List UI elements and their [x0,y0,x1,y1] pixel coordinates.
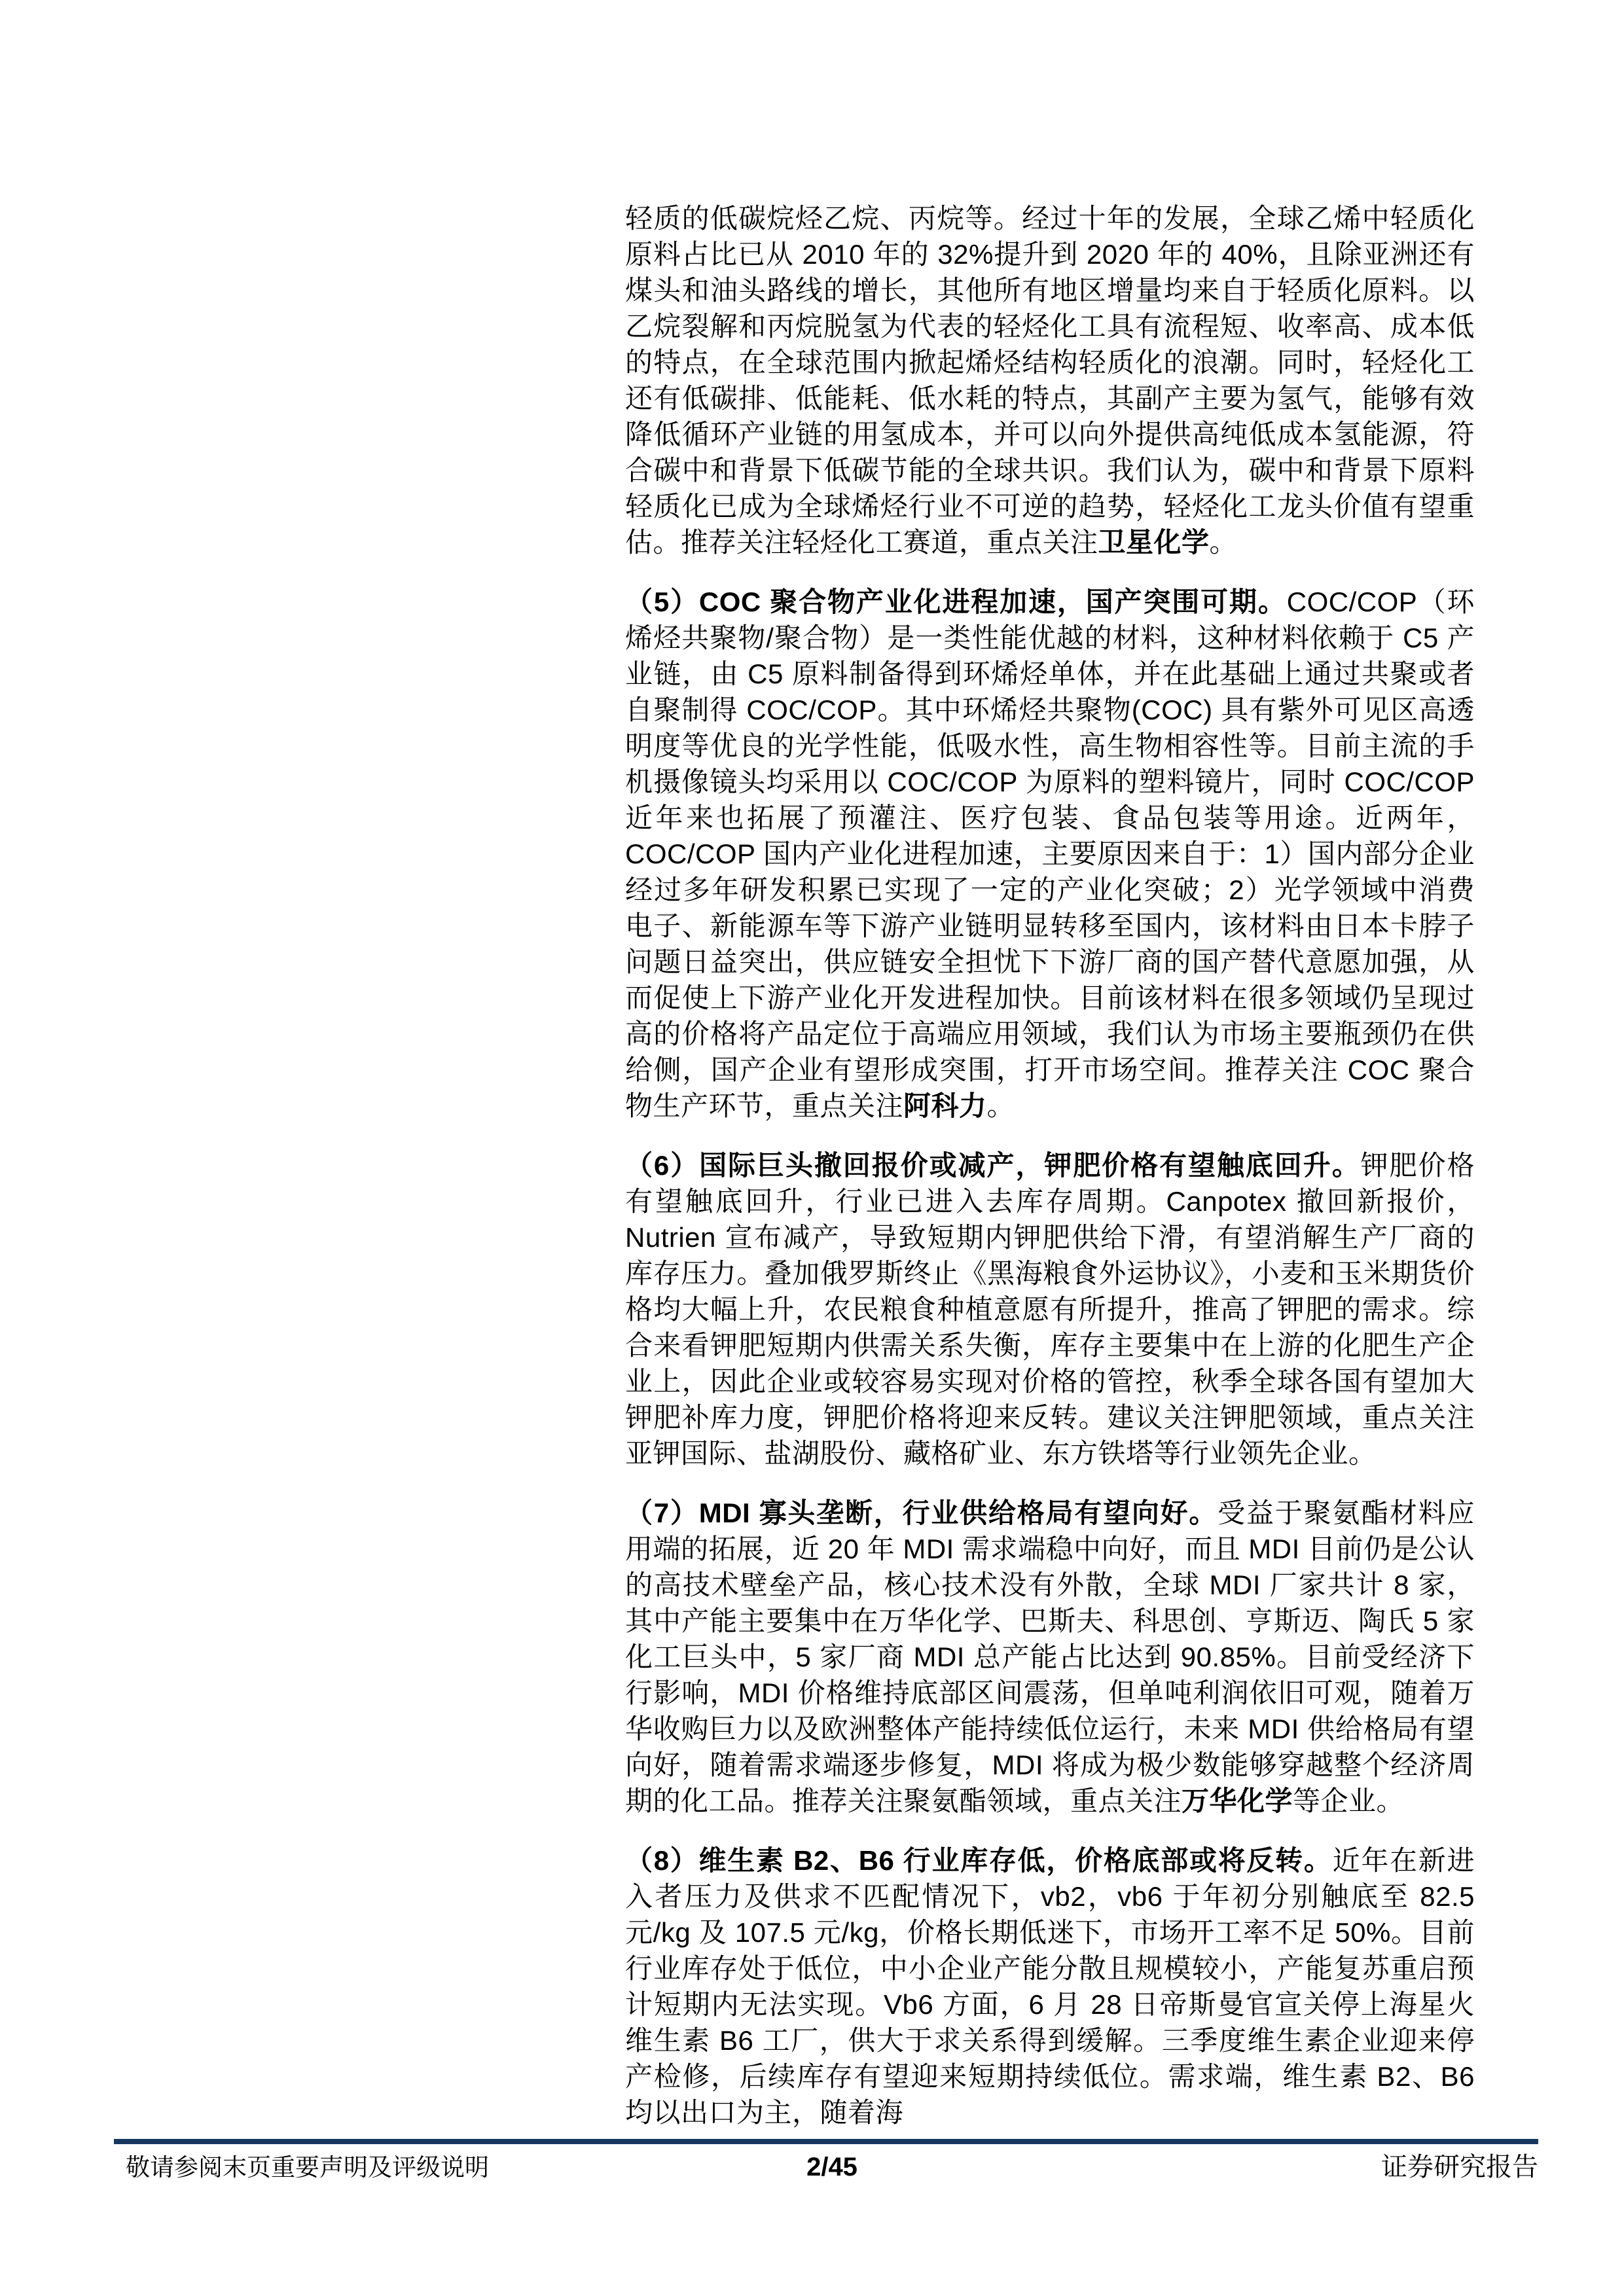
body-paragraph: （5）COC 聚合物产业化进程加速，国产突围可期。COC/COP（环烯烃共聚物/… [625,584,1475,1124]
body-paragraph: （6）国际巨头撤回报价或减产，钾肥价格有望触底回升。钾肥价格有望触底回升，行业已… [625,1147,1475,1471]
bold-run: （7）MDI 寡头垄断，行业供给格局有望向好。 [625,1498,1218,1528]
body-paragraph: （7）MDI 寡头垄断，行业供给格局有望向好。受益于聚氨酯材料应用端的拓展，近 … [625,1495,1475,1819]
footer-report-type-label: 证券研究报告 [857,2151,1538,2183]
footer-disclaimer-note: 敬请参阅末页重要声明及评级说明 [114,2152,806,2183]
text-run: 。 [1210,527,1238,558]
text-run: 近年在新进入者压力及供求不匹配情况下，vb2，vb6 于年初分别触底至 82.5… [625,1845,1475,2128]
bold-run: 阿科力 [903,1090,987,1121]
text-run: 轻质的低碳烷烃乙烷、丙烷等。经过十年的发展，全球乙烯中轻质化原料占比已从 201… [625,203,1475,558]
text-run: COC/COP（环烯烃共聚物/聚合物）是一类性能优越的材料，这种材料依赖于 C5… [625,586,1475,1121]
text-run: 钾肥价格有望触底回升，行业已进入去库存周期。Canpotex 撤回新报价，Nut… [625,1150,1475,1469]
text-run: 等企业。 [1293,1785,1404,1816]
bold-run: 万华化学 [1182,1785,1293,1816]
text-run: 受益于聚氨酯材料应用端的拓展，近 20 年 MDI 需求端稳中向好，而且 MDI… [625,1498,1475,1816]
page-footer: 敬请参阅末页重要声明及评级说明 2/45 证券研究报告 [114,2151,1538,2183]
bold-run: 卫星化学 [1098,527,1210,558]
body-paragraph: 轻质的低碳烷烃乙烷、丙烷等。经过十年的发展，全球乙烯中轻质化原料占比已从 201… [625,200,1475,560]
report-page: 轻质的低碳烷烃乙烷、丙烷等。经过十年的发展，全球乙烯中轻质化原料占比已从 201… [0,0,1624,2296]
bold-run: （8）维生素 B2、B6 行业库存低，价格底部或将反转。 [625,1845,1333,1876]
page-number: 2/45 [806,2151,857,2183]
bold-run: （6）国际巨头撤回报价或减产，钾肥价格有望触底回升。 [625,1150,1361,1181]
text-run: 。 [987,1090,1015,1121]
body-text: 轻质的低碳烷烃乙烷、丙烷等。经过十年的发展，全球乙烯中轻质化原料占比已从 201… [625,200,1475,2130]
bold-run: （5）COC 聚合物产业化进程加速，国产突围可期。 [625,586,1287,617]
footer-divider-rule [114,2139,1538,2144]
body-paragraph: （8）维生素 B2、B6 行业库存低，价格底部或将反转。近年在新进入者压力及供求… [625,1842,1475,2130]
